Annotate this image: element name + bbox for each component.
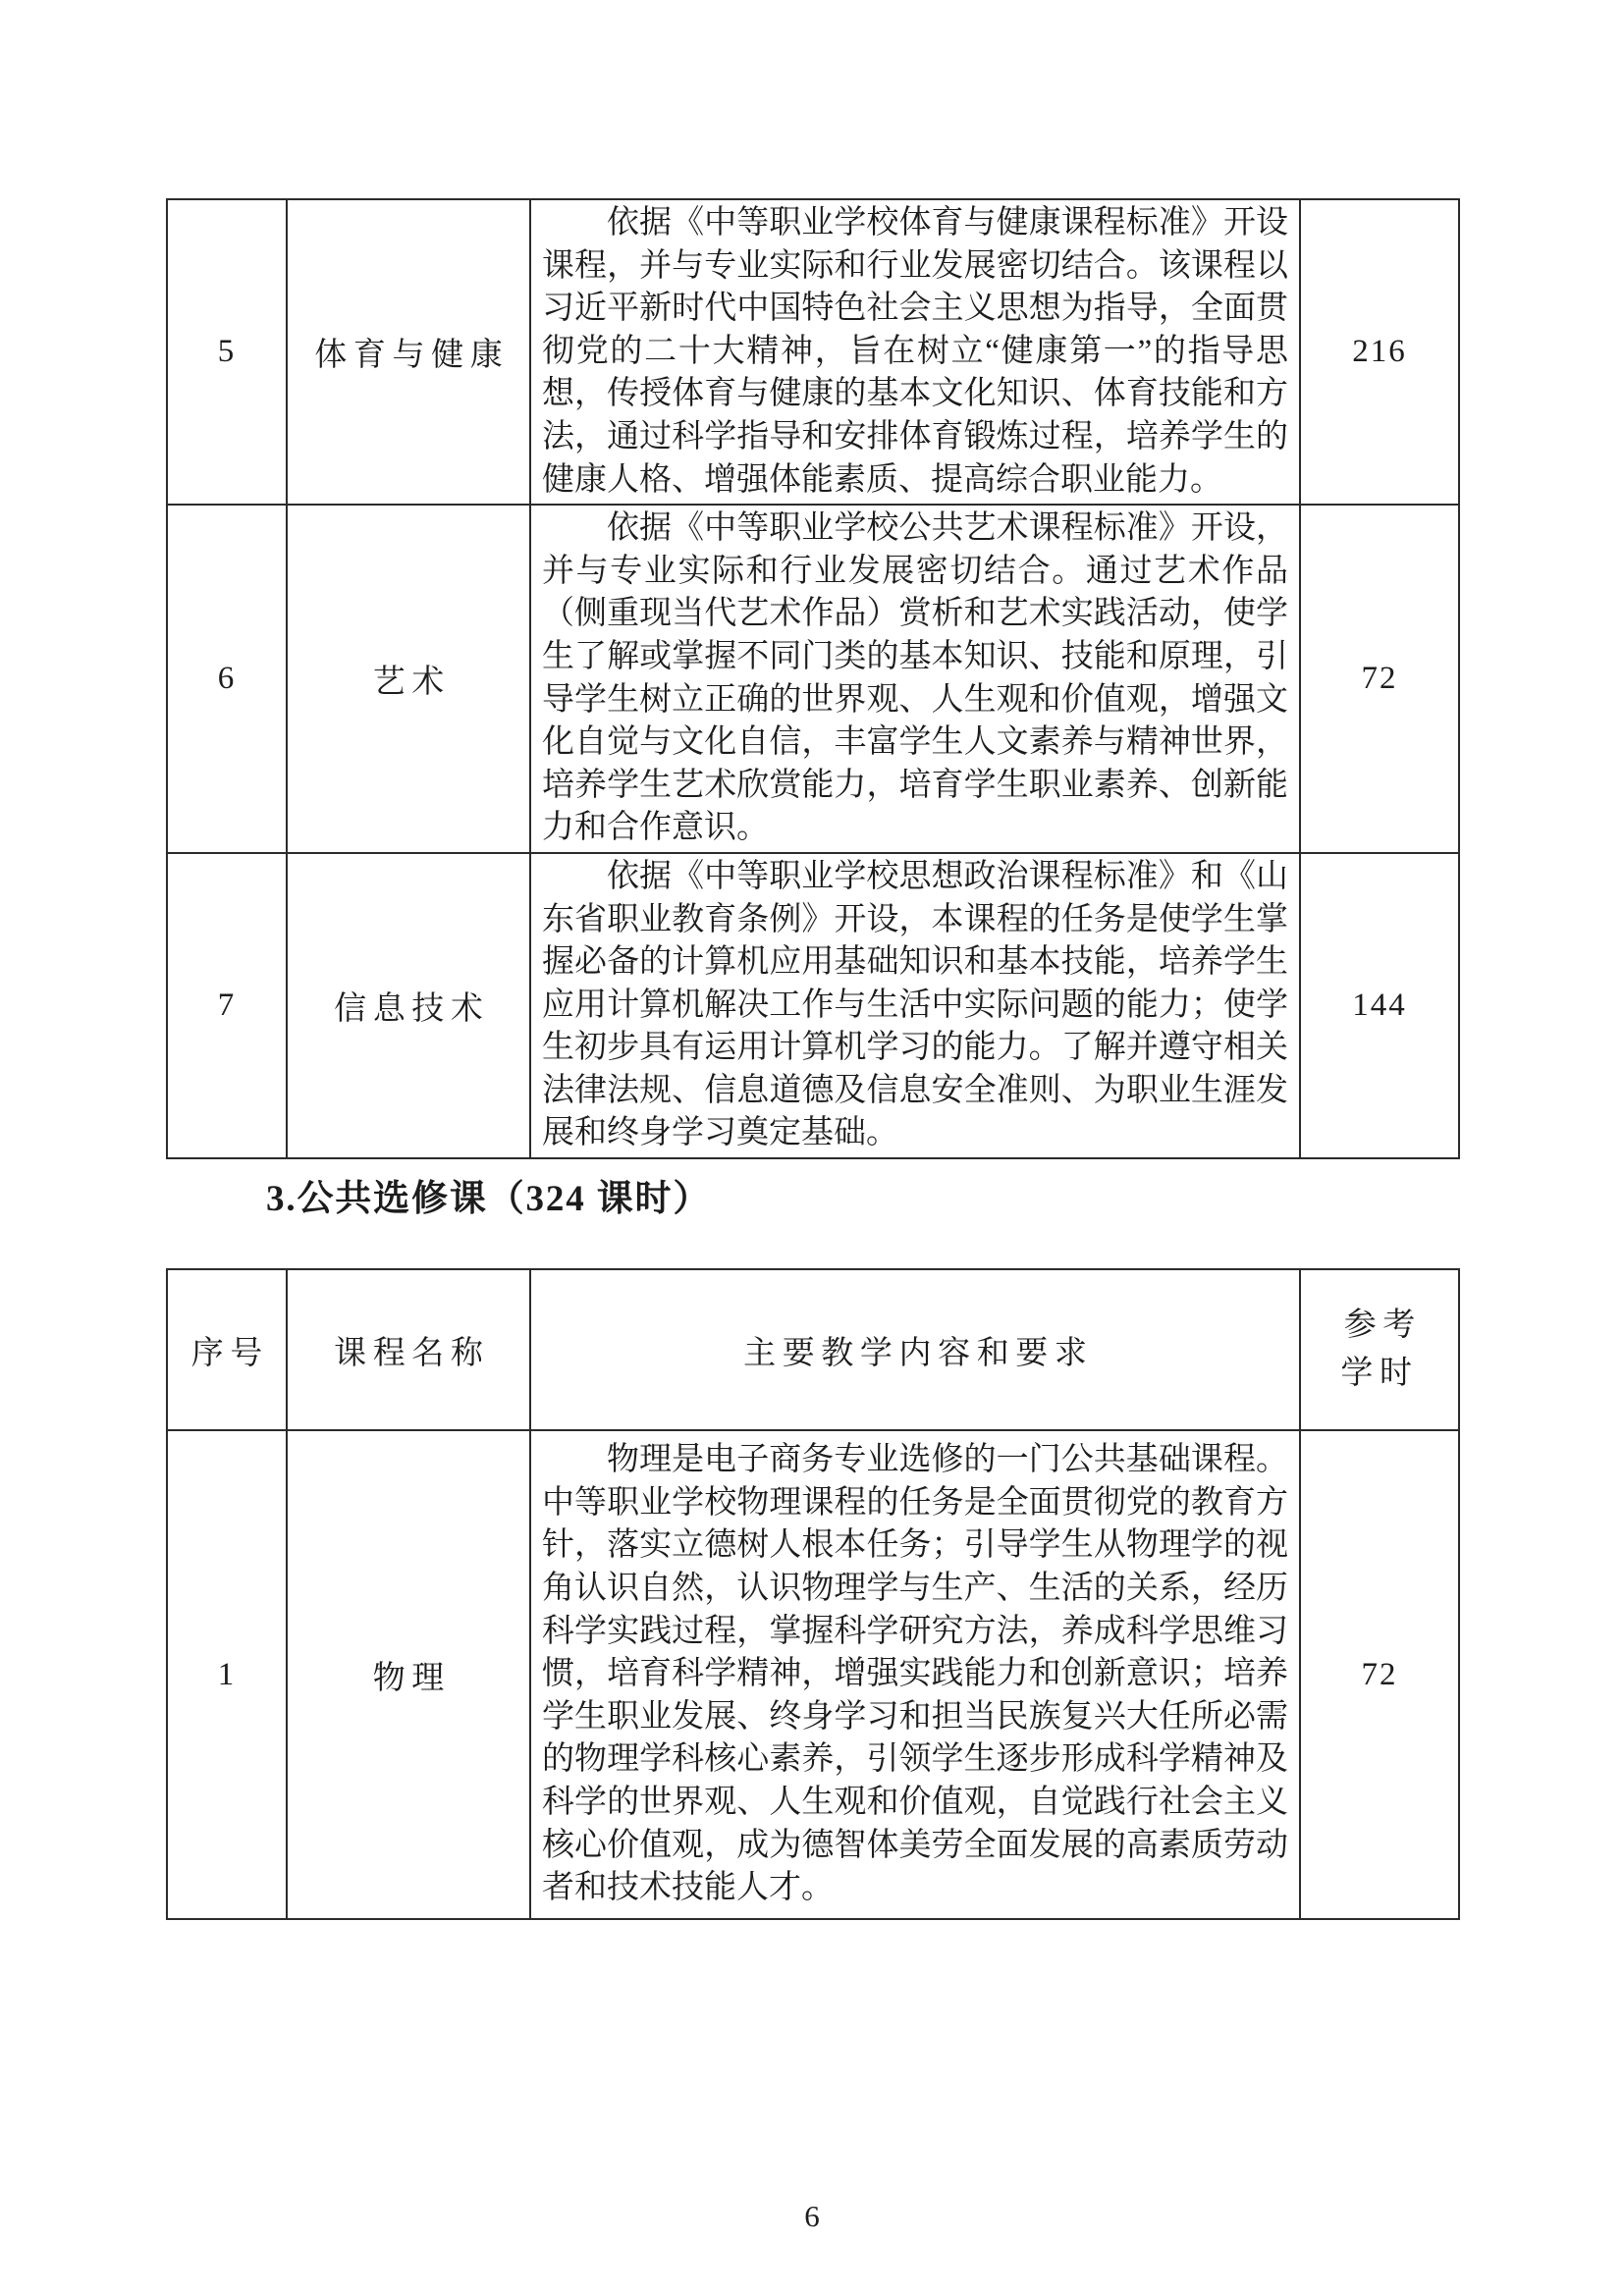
course-hours-cell: 72 [1300, 505, 1459, 853]
course-name-cell: 体育与健康 [287, 199, 530, 505]
course-content-cell: 依据《中等职业学校体育与健康课程标准》开设课程，并与专业实际和行业发展密切结合。… [530, 199, 1300, 505]
header-hours: 参考 学时 [1300, 1269, 1459, 1430]
required-courses-table: 5 体育与健康 依据《中等职业学校体育与健康课程标准》开设课程，并与专业实际和行… [166, 198, 1460, 1159]
course-content-cell: 依据《中等职业学校思想政治课程标准》和《山东省职业教育条例》开设，本课程的任务是… [530, 853, 1300, 1158]
page-number: 6 [0, 2199, 1624, 2234]
course-name-cell: 艺术 [287, 505, 530, 853]
section-heading: 3.公共选修课（324 课时） [166, 1176, 1458, 1223]
course-name-cell: 信息技术 [287, 853, 530, 1158]
table-row: 1 物理 物理是电子商务专业选修的一门公共基础课程。中等职业学校物理课程的任务是… [167, 1430, 1459, 1919]
course-hours-cell: 144 [1300, 853, 1459, 1158]
header-seq: 序号 [167, 1269, 287, 1430]
document-page: 5 体育与健康 依据《中等职业学校体育与健康课程标准》开设课程，并与专业实际和行… [0, 0, 1624, 2296]
table-row: 5 体育与健康 依据《中等职业学校体育与健康课程标准》开设课程，并与专业实际和行… [167, 199, 1459, 505]
course-name-cell: 物理 [287, 1430, 530, 1919]
course-content-cell: 依据《中等职业学校公共艺术课程标准》开设，并与专业实际和行业发展密切结合。通过艺… [530, 505, 1300, 853]
course-content-text: 依据《中等职业学校思想政治课程标准》和《山东省职业教育条例》开设，本课程的任务是… [542, 856, 1288, 1155]
course-content-cell: 物理是电子商务专业选修的一门公共基础课程。中等职业学校物理课程的任务是全面贯彻党… [530, 1430, 1300, 1919]
table-header-row: 序号 课程名称 主要教学内容和要求 参考 学时 [167, 1269, 1459, 1430]
header-content: 主要教学内容和要求 [530, 1269, 1300, 1430]
elective-courses-table: 序号 课程名称 主要教学内容和要求 参考 学时 1 物理 物理是电子商务专业选修… [166, 1268, 1460, 1920]
course-content-text: 依据《中等职业学校体育与健康课程标准》开设课程，并与专业实际和行业发展密切结合。… [542, 202, 1288, 502]
row-seq-cell: 7 [167, 853, 287, 1158]
row-seq-cell: 1 [167, 1430, 287, 1919]
course-content-text: 物理是电子商务专业选修的一门公共基础课程。中等职业学校物理课程的任务是全面贯彻党… [542, 1439, 1288, 1910]
row-seq-cell: 5 [167, 199, 287, 505]
table-row: 6 艺术 依据《中等职业学校公共艺术课程标准》开设，并与专业实际和行业发展密切结… [167, 505, 1459, 853]
table-row: 7 信息技术 依据《中等职业学校思想政治课程标准》和《山东省职业教育条例》开设，… [167, 853, 1459, 1158]
course-content-text: 依据《中等职业学校公共艺术课程标准》开设，并与专业实际和行业发展密切结合。通过艺… [542, 507, 1288, 850]
course-hours-cell: 72 [1300, 1430, 1459, 1919]
header-course-name: 课程名称 [287, 1269, 530, 1430]
course-hours-cell: 216 [1300, 199, 1459, 505]
row-seq-cell: 6 [167, 505, 287, 853]
